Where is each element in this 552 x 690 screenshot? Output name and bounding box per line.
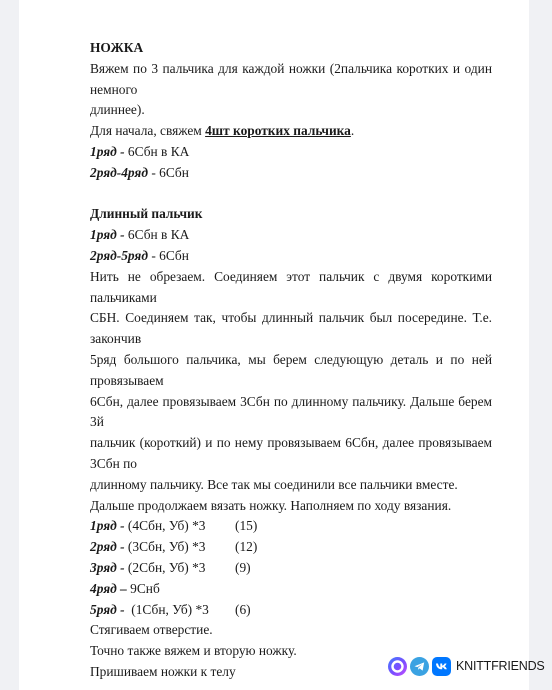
document-content: НОЖКА Вяжем по 3 пальчика для каждой нож… [90,38,492,683]
short-row-1: 1ряд - 6Сбн в КА [90,142,492,163]
long-row-1: 1ряд - 6Сбн в КА [90,225,492,246]
brand-name: KNITTFRIENDS [456,659,545,673]
row-text: (1Сбн, Уб) *3 [128,602,209,617]
row-text: 6Сбн в КА [128,144,189,159]
stitch-count: (12) [235,537,257,558]
row-label: 4ряд – [90,581,130,596]
telegram-icon[interactable] [410,657,429,676]
leg-row-3: 3ряд - (2Сбн, Уб) *3(9) [90,558,492,579]
section-title: НОЖКА [90,38,492,59]
row-label: 2ряд - [90,539,128,554]
start-suffix: . [351,123,354,138]
paragraph-line: пальчик (короткий) и по нему провязываем… [90,433,492,475]
row-label: 1ряд - [90,144,128,159]
max-messenger-icon[interactable] [388,657,407,676]
row-text: (4Сбн, Уб) *3 [128,518,206,533]
intro-line: Вяжем по 3 пальчика для каждой ножки (2п… [90,61,492,97]
stitch-count: (15) [235,516,257,537]
vk-icon[interactable] [432,657,451,676]
long-row-2: 2ряд-5ряд - 6Сбн [90,246,492,267]
row-text: - 6Сбн [148,248,189,263]
row-text: 9Снб [130,581,160,596]
paragraph-line: 6Сбн, далее провязываем 3Сбн по длинному… [90,392,492,434]
leg-row-2: 2ряд - (3Сбн, Уб) *3(12) [90,537,492,558]
document-page: НОЖКА Вяжем по 3 пальчика для каждой нож… [19,0,529,690]
row-label: 2ряд-4ряд [90,165,148,180]
leg-row-4: 4ряд – 9Снб [90,579,492,600]
paragraph-line: длинному пальчику. Все так мы соединили … [90,475,492,496]
row-label: 3ряд - [90,560,128,575]
stitch-count: (6) [235,600,251,621]
stitch-count: (9) [235,558,251,579]
leg-row-5: 5ряд - (1Сбн, Уб) *3(6) [90,600,492,621]
row-text: 6Сбн в КА [128,227,189,242]
row-label: 1ряд - [90,518,128,533]
closing-line: Стягиваем отверстие. [90,620,492,641]
row-label: 5ряд - [90,602,128,617]
row-text: (3Сбн, Уб) *3 [128,539,206,554]
paragraph-line: СБН. Соединяем так, чтобы длинный пальчи… [90,308,492,350]
paragraph-line: 5ряд большого пальчика, мы берем следующ… [90,350,492,392]
watermark-footer: KNITTFRIENDS [388,655,545,677]
short-row-2: 2ряд-4ряд - 6Сбн [90,163,492,184]
paragraph-line: Нить не обрезаем. Соединяем этот пальчик… [90,267,492,309]
row-label: 1ряд - [90,227,128,242]
spacer [90,184,492,205]
start-emphasis: 4шт коротких пальчика [205,123,351,138]
leg-row-1: 1ряд - (4Сбн, Уб) *3(15) [90,516,492,537]
row-label: 2ряд-5ряд [90,248,148,263]
row-text: (2Сбн, Уб) *3 [128,560,206,575]
row-text: - 6Сбн [148,165,189,180]
continue-line: Дальше продолжаем вязать ножку. Наполняе… [90,496,492,517]
start-prefix: Для начала, свяжем [90,123,205,138]
intro-text: Вяжем по 3 пальчика для каждой ножки (2п… [90,59,492,101]
intro-continuation: длиннее). [90,100,492,121]
long-finger-heading: Длинный пальчик [90,204,492,225]
start-instruction: Для начала, свяжем 4шт коротких пальчика… [90,121,492,142]
